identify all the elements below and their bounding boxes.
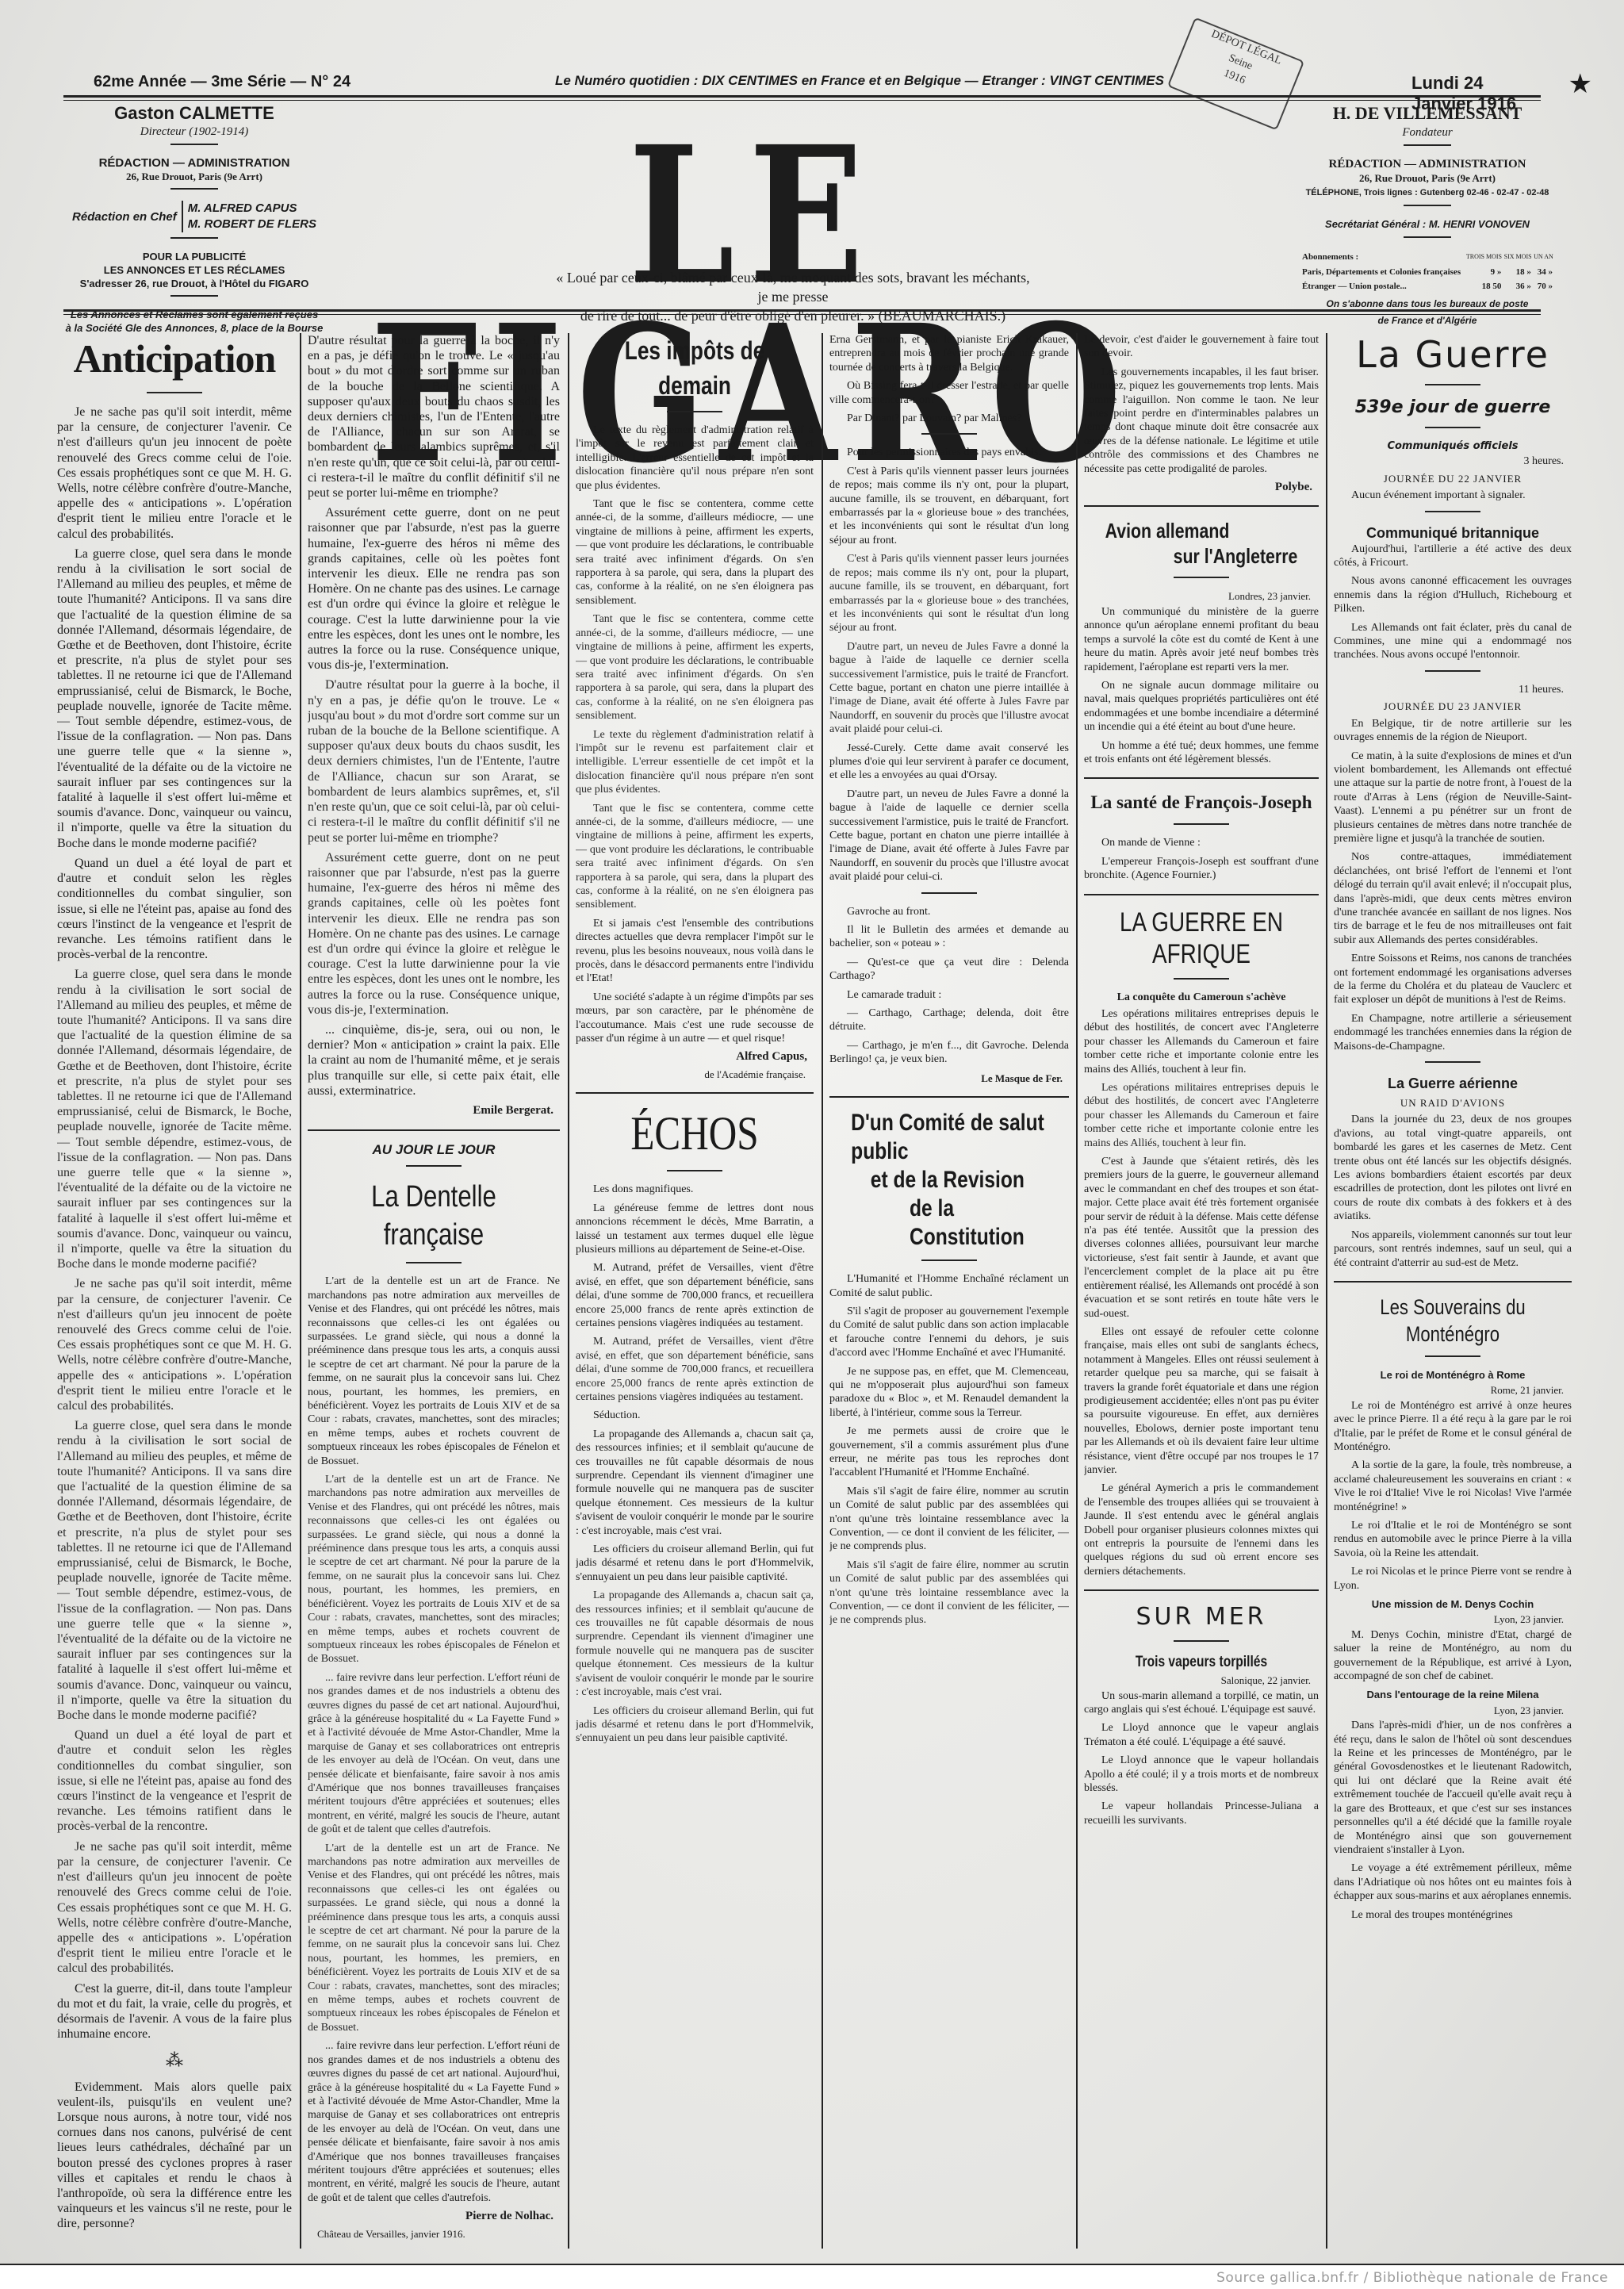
paragraph: Erna Gerstmann, et par le pianiste Erich… <box>829 333 1069 374</box>
paragraph: ... faire revivre dans leur perfection. … <box>308 1671 560 1837</box>
masthead-right-box: H. DE VILLEMESSANT Fondateur RÉDACTION —… <box>1300 102 1554 327</box>
paragraph: Le texte du règlement d'administration r… <box>576 424 814 493</box>
paragraph: Les officiers du croiseur allemand Berli… <box>576 1543 814 1584</box>
article-title: LA GUERRE EN AFRIQUE <box>1105 907 1298 970</box>
paragraph: Dans la journée du 23, deux de nos group… <box>1334 1113 1572 1223</box>
paragraph: Elles ont essayé de refouler cette colon… <box>1084 1325 1319 1477</box>
subscription-note: On s'abonne dans tous les bureaux de pos… <box>1300 298 1554 310</box>
column-header: TROIS MOIS <box>1465 249 1503 265</box>
paragraph: C'est à Paris qu'ils viennent passer leu… <box>829 552 1069 635</box>
title-line: sur l'Angleterre <box>1105 543 1298 569</box>
paragraph: Une société s'adapte à un régime d'impôt… <box>576 991 814 1046</box>
paragraph: La guerre close, quel sera dans le monde… <box>57 1418 292 1723</box>
ornament-divider <box>921 892 977 894</box>
ornament-divider <box>170 144 218 151</box>
paragraph: La guerre close, quel sera dans le monde… <box>57 967 292 1271</box>
paragraph: Et si jamais c'est l'ensemble des contri… <box>576 917 814 986</box>
paragraph: Où Bissing fera-t-il dresser l'estrade, … <box>829 379 1069 407</box>
chef-name: M. ROBERT DE FLERS <box>188 217 316 232</box>
ornament-divider <box>1425 511 1480 512</box>
subheading: La conquête du Cameroun s'achève <box>1084 991 1319 1004</box>
section-divider <box>308 1129 560 1131</box>
paragraph: M. Denys Cochin, ministre d'Etat, chargé… <box>1334 1628 1572 1684</box>
ornament-divider <box>170 295 218 303</box>
column-rule <box>1326 333 1327 2249</box>
timestamp: 11 heures. <box>1342 683 1564 696</box>
paragraph: Les opérations militaires entreprises de… <box>1084 1007 1319 1076</box>
paragraph: Il lit le Bulletin des armées et demande… <box>829 923 1069 951</box>
paragraph: — Qu'est-ce que ça veut dire : Delenda C… <box>829 956 1069 983</box>
article-title: Anticipation <box>57 333 292 384</box>
paragraph: Assurément cette guerre, dont on ne peut… <box>308 505 560 673</box>
ornament-divider <box>1174 978 1229 980</box>
title-line: de la Constitution <box>851 1194 1048 1252</box>
paragraph: Le roi d'Italie et le roi de Monténégro … <box>1334 1519 1572 1560</box>
column-5: Le devoir, c'est d'aider le gouvernement… <box>1084 333 1319 2245</box>
paragraph: Evidemment. Mais alors quelle paix veule… <box>57 2080 292 2232</box>
ornament-divider <box>1404 236 1451 244</box>
section-divider <box>1334 1281 1572 1283</box>
subheading: Trois vapeurs torpillés <box>1105 1653 1298 1672</box>
paragraph: L'art de la dentelle est un art de Franc… <box>308 1842 560 2035</box>
telephone: TÉLÉPHONE, Trois lignes : Gutenberg 02-4… <box>1300 186 1554 200</box>
paragraph: Tant que le fisc se contentera, comme ce… <box>576 497 814 608</box>
paragraph: C'est à Paris qu'ils viennent passer leu… <box>829 465 1069 547</box>
war-day-counter: 539e jour de guerre <box>1334 397 1572 419</box>
subheading: Gavroche au front. <box>829 905 1069 918</box>
paragraph: — Carthago, Carthage; delenda, doit être… <box>829 1006 1069 1034</box>
paragraph: Le Lloyd annonce que le vapeur hollandai… <box>1084 1754 1319 1795</box>
dateline: Londres, 23 janvier. <box>1092 589 1311 603</box>
column-4: Erna Gerstmann, et par le pianiste Erich… <box>829 333 1069 2245</box>
paragraph: S'il s'agit de proposer au gouvernement … <box>829 1305 1069 1360</box>
paragraph: Les opérations militaires entreprises de… <box>1084 1081 1319 1150</box>
dateline: Lyon, 23 janvier. <box>1342 1612 1564 1626</box>
publicity-line: POUR LA PUBLICITÉ <box>63 250 325 263</box>
paragraph: Un communiqué du ministère de la guerre … <box>1084 605 1319 674</box>
motto-line: « Loué par ceux-ci, blâmé par ceux-là, m… <box>555 268 1031 306</box>
article-anticipation: Anticipation Je ne sache pas qu'il soit … <box>57 333 292 2245</box>
paragraph: Assurément cette guerre, dont on ne peut… <box>308 850 560 1018</box>
depot-legal-stamp: DÉPOT LÉGAL Seine 1916 <box>1167 17 1304 131</box>
ornament-divider <box>170 237 218 245</box>
paragraph: D'autre résultat pour la guerre à la boc… <box>308 333 560 500</box>
paragraph: La propagande des Allemands a, chacun sa… <box>576 1589 814 1699</box>
top-info-line: 62me Année — 3me Série — N° 24 Le Numéro… <box>63 73 1529 92</box>
newspaper-page: 62me Année — 3me Série — N° 24 Le Numéro… <box>0 0 1624 2264</box>
paragraph: Nos contre-attaques, immédiatement décla… <box>1334 850 1572 947</box>
ornament-divider <box>1425 427 1480 428</box>
article-title: D'un Comité de salut public et de la Rev… <box>851 1109 1048 1252</box>
title-line: D'un Comité de salut public <box>851 1109 1048 1166</box>
ornament-divider <box>1425 1061 1480 1063</box>
paragraph: Les gouvernements incapables, il les fau… <box>1084 366 1319 476</box>
subheading: UN RAID D'AVIONS <box>1334 1096 1572 1110</box>
ornament-divider <box>921 1260 977 1261</box>
section-title: SUR MER <box>1084 1602 1319 1632</box>
dateline: Rome, 21 janvier. <box>1342 1383 1564 1397</box>
paragraph: Tant que le fisc se contentera, comme ce… <box>576 612 814 723</box>
subscription-note: de France et d'Algérie <box>1300 315 1554 327</box>
article-title: La santé de François-Joseph <box>1084 790 1319 815</box>
paragraph: Je ne suppose pas, en effet, que M. Clem… <box>829 1365 1069 1421</box>
subheading: Dans l'entourage de la reine Milena <box>1334 1688 1572 1701</box>
ornament-divider <box>1174 1640 1229 1642</box>
section-divider <box>576 1092 814 1094</box>
column-header: UN AN <box>1533 249 1554 265</box>
paragraph: L'Humanité et l'Homme Enchaîné réclament… <box>829 1272 1069 1300</box>
paragraph: Nous avons canonné efficacement les ouvr… <box>1334 574 1572 615</box>
ornament-divider <box>1425 1355 1480 1357</box>
ornament-divider <box>667 1170 722 1171</box>
paragraph: Jessé-Curely. Cette dame avait conservé … <box>829 742 1069 783</box>
paragraph: On ne signale aucun dommage militaire ou… <box>1084 679 1319 734</box>
ornament-divider <box>667 411 722 412</box>
asterism: ⁂ <box>57 2053 292 2068</box>
paragraph: Le moral des troupes monténégrines <box>1334 1908 1572 1922</box>
source-credit: Source gallica.bnf.fr / Bibliothèque nat… <box>1216 2270 1608 2286</box>
publicity-line: S'adresser 26, rue Drouot, à l'Hôtel du … <box>63 277 325 290</box>
column-3: Les impôts de demain Le texte du règleme… <box>576 333 814 2245</box>
paragraph: Le voyage a été extrêmement périlleux, m… <box>1334 1861 1572 1903</box>
section-title: La Guerre <box>1334 333 1572 376</box>
signature: Le Masque de Fer. <box>836 1072 1063 1085</box>
column-rule <box>300 333 301 2249</box>
column-rule <box>1076 333 1078 2249</box>
dateline: Salonique, 22 janvier. <box>1092 1674 1311 1687</box>
section-kicker: AU JOUR LE JOUR <box>308 1142 560 1157</box>
ornament-divider <box>1404 205 1451 213</box>
star-icon: ★ <box>1568 68 1592 100</box>
journee-label: JOURNÉE DU 22 JANVIER <box>1334 472 1572 485</box>
paragraph: L'art de la dentelle est un art de Franc… <box>308 1275 560 1468</box>
publicity-line: LES ANNONCES ET LES RÉCLAMES <box>63 263 325 277</box>
source-footer: Source gallica.bnf.fr / Bibliothèque nat… <box>0 2264 1624 2289</box>
column-2: D'autre résultat pour la guerre à la boc… <box>308 333 560 2245</box>
paragraph: D'autre part, un neveu de Jules Favre a … <box>829 788 1069 884</box>
paragraph: A la sortie de la gare, la foule, très n… <box>1334 1459 1572 1514</box>
subheading: Le roi de Monténégro à Rome <box>1334 1368 1572 1382</box>
article-title: Les impôts de demain <box>597 333 792 403</box>
paragraph: Entre Soissons et Reims, nos canons de t… <box>1334 952 1572 1007</box>
paragraph: L'empereur François-Joseph est souffrant… <box>1084 855 1319 883</box>
paragraph: Je ne sache pas qu'il soit interdit, mêm… <box>57 1839 292 1977</box>
paragraph: Aujourd'hui, l'artillerie a été active d… <box>1334 543 1572 570</box>
director-name: Gaston CALMETTE <box>63 102 325 125</box>
ornament-divider <box>921 433 977 435</box>
title-line: et de la Revision <box>851 1166 1048 1194</box>
paragraph: Par Dinant? par Louvain? par Malines? <box>829 412 1069 425</box>
signature-affiliation: de l'Académie française. <box>584 1068 806 1081</box>
signature: Polybe. <box>1090 481 1312 494</box>
article-title: Les Souverains du Monténégro <box>1355 1294 1550 1348</box>
paragraph: La guerre close, quel sera dans le monde… <box>57 546 292 851</box>
paragraph: Quand un duel a été loyal de part et d'a… <box>57 1727 292 1834</box>
paragraph: Un homme a été tué; deux hommes, une fem… <box>1084 739 1319 767</box>
column-rule <box>822 333 823 2249</box>
director-role: Directeur (1902-1914) <box>63 125 325 139</box>
ornament-divider <box>170 188 218 196</box>
table-row: Étranger — Union postale... 18 50 36 » 7… <box>1300 279 1554 293</box>
subheading: Séduction. <box>576 1409 814 1422</box>
paragraph: Mais s'il s'agit de faire élire, nommer … <box>829 1485 1069 1554</box>
ornament-divider <box>1174 577 1229 578</box>
paragraph: Nos appareils, violemment canonnés sur t… <box>1334 1229 1572 1270</box>
paragraph: Le Lloyd annonce que le vapeur anglais T… <box>1084 1721 1319 1749</box>
section-divider <box>1084 1589 1319 1591</box>
table-row: Paris, Départements et Colonies français… <box>1300 265 1554 279</box>
subscription-table: Abonnements : TROIS MOIS SIX MOIS UN AN … <box>1300 249 1554 293</box>
masthead-bottom-rule <box>63 309 1541 315</box>
price-line: Le Numéro quotidien : DIX CENTIMES en Fr… <box>555 73 1164 89</box>
paragraph: D'autre part, un neveu de Jules Favre a … <box>829 640 1069 737</box>
editors-in-chief: Rédaction en Chef M. ALFRED CAPUS M. ROB… <box>63 201 325 232</box>
dateline: Lyon, 23 janvier. <box>1342 1704 1564 1717</box>
signature: Pierre de Nolhac. <box>314 2210 553 2223</box>
paragraph: Le texte du règlement d'administration r… <box>576 728 814 797</box>
column-6: La Guerre 539e jour de guerre Communiqué… <box>1334 333 1572 2245</box>
paragraph: ... faire revivre dans leur perfection. … <box>308 2039 560 2205</box>
paragraph: Dans l'après-midi d'hier, un de nos conf… <box>1334 1719 1572 1857</box>
founder-role: Fondateur <box>1300 125 1554 140</box>
subheading: La Guerre aérienne <box>1334 1074 1572 1093</box>
subscriptions-label: Abonnements : <box>1300 249 1465 265</box>
paragraph: La propagande des Allemands a, chacun sa… <box>576 1428 814 1538</box>
secretariat: Secrétariat Général : M. HENRI VONOVEN <box>1300 217 1554 232</box>
section-title: ÉCHOS <box>597 1105 792 1162</box>
paragraph: Ce matin, à la suite d'explosions de min… <box>1334 750 1572 846</box>
section-divider <box>1084 505 1319 507</box>
address: 26, Rue Drouot, Paris (9e Arrt) <box>63 170 325 183</box>
chef-label: Rédaction en Chef <box>72 210 177 224</box>
column-header: SIX MOIS <box>1503 249 1533 265</box>
title-line: Avion allemand <box>1105 518 1298 543</box>
paragraph: M. Autrand, préfet de Versailles, vient … <box>576 1335 814 1404</box>
subheading: Communiqué britannique <box>1334 523 1572 543</box>
founder-name: H. DE VILLEMESSANT <box>1300 102 1554 125</box>
paragraph: Le roi Nicolas et le prince Pierre vont … <box>1334 1565 1572 1593</box>
paragraph: On mande de Vienne : <box>1084 836 1319 849</box>
paragraph: C'est à Jaunde que s'étaient retirés, dè… <box>1084 1155 1319 1321</box>
article-title: Avion allemand sur l'Angleterre <box>1105 518 1298 569</box>
paragraph: En Champagne, notre artillerie a sérieus… <box>1334 1012 1572 1053</box>
dept-label: RÉDACTION — ADMINISTRATION <box>1300 157 1554 171</box>
paragraph: M. Autrand, préfet de Versailles, vient … <box>576 1261 814 1330</box>
paragraph: Les Allemands ont fait éclater, près du … <box>1334 621 1572 662</box>
section-divider <box>829 1096 1069 1098</box>
issue-number: 62me Année — 3me Série — N° 24 <box>94 73 350 91</box>
paragraph: Tant que le fisc se contentera, comme ce… <box>576 802 814 912</box>
article-title: La Dentelle française <box>331 1178 538 1254</box>
paragraph: Le roi de Monténégro est arrivé à onze h… <box>1334 1399 1572 1455</box>
subheading: Les dons magnifiques. <box>576 1183 814 1196</box>
paragraph: Le camarade traduit : <box>829 988 1069 1002</box>
ornament-divider <box>406 1262 462 1263</box>
section-divider <box>1084 894 1319 895</box>
subheading: Une mission de M. Denys Cochin <box>1334 1597 1572 1611</box>
dateline: Château de Versailles, janvier 1916. <box>317 2227 560 2241</box>
ornament-divider <box>1425 384 1480 385</box>
paragraph: Je me permets aussi de croire que le gou… <box>829 1424 1069 1480</box>
ornament-divider <box>147 392 202 393</box>
paragraph: Je ne sache pas qu'il soit interdit, mêm… <box>57 405 292 542</box>
paragraph: Le vapeur hollandais Princesse-Juliana a… <box>1084 1800 1319 1827</box>
paragraph: La généreuse femme de lettres dont nous … <box>576 1202 814 1257</box>
paragraph: Mais s'il s'agit de faire élire, nommer … <box>829 1559 1069 1628</box>
masthead-top-rule <box>63 95 1541 101</box>
dept-label: RÉDACTION — ADMINISTRATION <box>63 156 325 170</box>
ornament-divider <box>406 1165 462 1167</box>
subheading: Pour les permissionnaires des pays envah… <box>829 446 1069 459</box>
ornament-divider <box>1425 670 1480 672</box>
timestamp: 3 heures. <box>1342 454 1564 468</box>
paragraph: Quand un duel a été loyal de part et d'a… <box>57 856 292 962</box>
signature: Alfred Capus, <box>582 1050 807 1064</box>
journee-label: JOURNÉE DU 23 JANVIER <box>1334 700 1572 713</box>
paragraph: C'est la guerre, dit-il, dans toute l'am… <box>57 1981 292 2042</box>
subheading: Communiqués officiels <box>1334 439 1572 453</box>
ornament-divider <box>1404 144 1451 152</box>
paragraph: D'autre résultat pour la guerre à la boc… <box>308 677 560 845</box>
section-divider <box>1084 777 1319 779</box>
motto: « Loué par ceux-ci, blâmé par ceux-là, m… <box>555 268 1031 325</box>
paragraph: Le devoir, c'est d'aider le gouvernement… <box>1084 333 1319 361</box>
signature: Emile Bergerat. <box>314 1103 553 1118</box>
paragraph: ... cinquième, dis-je, sera, oui ou non,… <box>308 1022 560 1098</box>
masthead-left-box: Gaston CALMETTE Directeur (1902-1914) RÉ… <box>63 102 325 335</box>
paragraph: Un sous-marin allemand a torpillé, ce ma… <box>1084 1689 1319 1717</box>
paragraph: — Carthago, je m'en f..., dit Gavroche. … <box>829 1039 1069 1067</box>
paragraph: Les officiers du croiseur allemand Berli… <box>576 1704 814 1746</box>
address: 26, Rue Drouot, Paris (9e Arrt) <box>1300 171 1554 186</box>
paragraph: L'art de la dentelle est un art de Franc… <box>308 1473 560 1666</box>
paragraph: Aucun événement important à signaler. <box>1334 489 1572 502</box>
chef-name: M. ALFRED CAPUS <box>188 201 316 217</box>
column-rule <box>568 333 569 2249</box>
paragraph: En Belgique, tir de notre artillerie sur… <box>1334 717 1572 745</box>
ornament-divider <box>1174 823 1229 825</box>
paragraph: Je ne sache pas qu'il soit interdit, mêm… <box>57 1276 292 1413</box>
paragraph: Le général Aymerich a pris le commandeme… <box>1084 1482 1319 1578</box>
